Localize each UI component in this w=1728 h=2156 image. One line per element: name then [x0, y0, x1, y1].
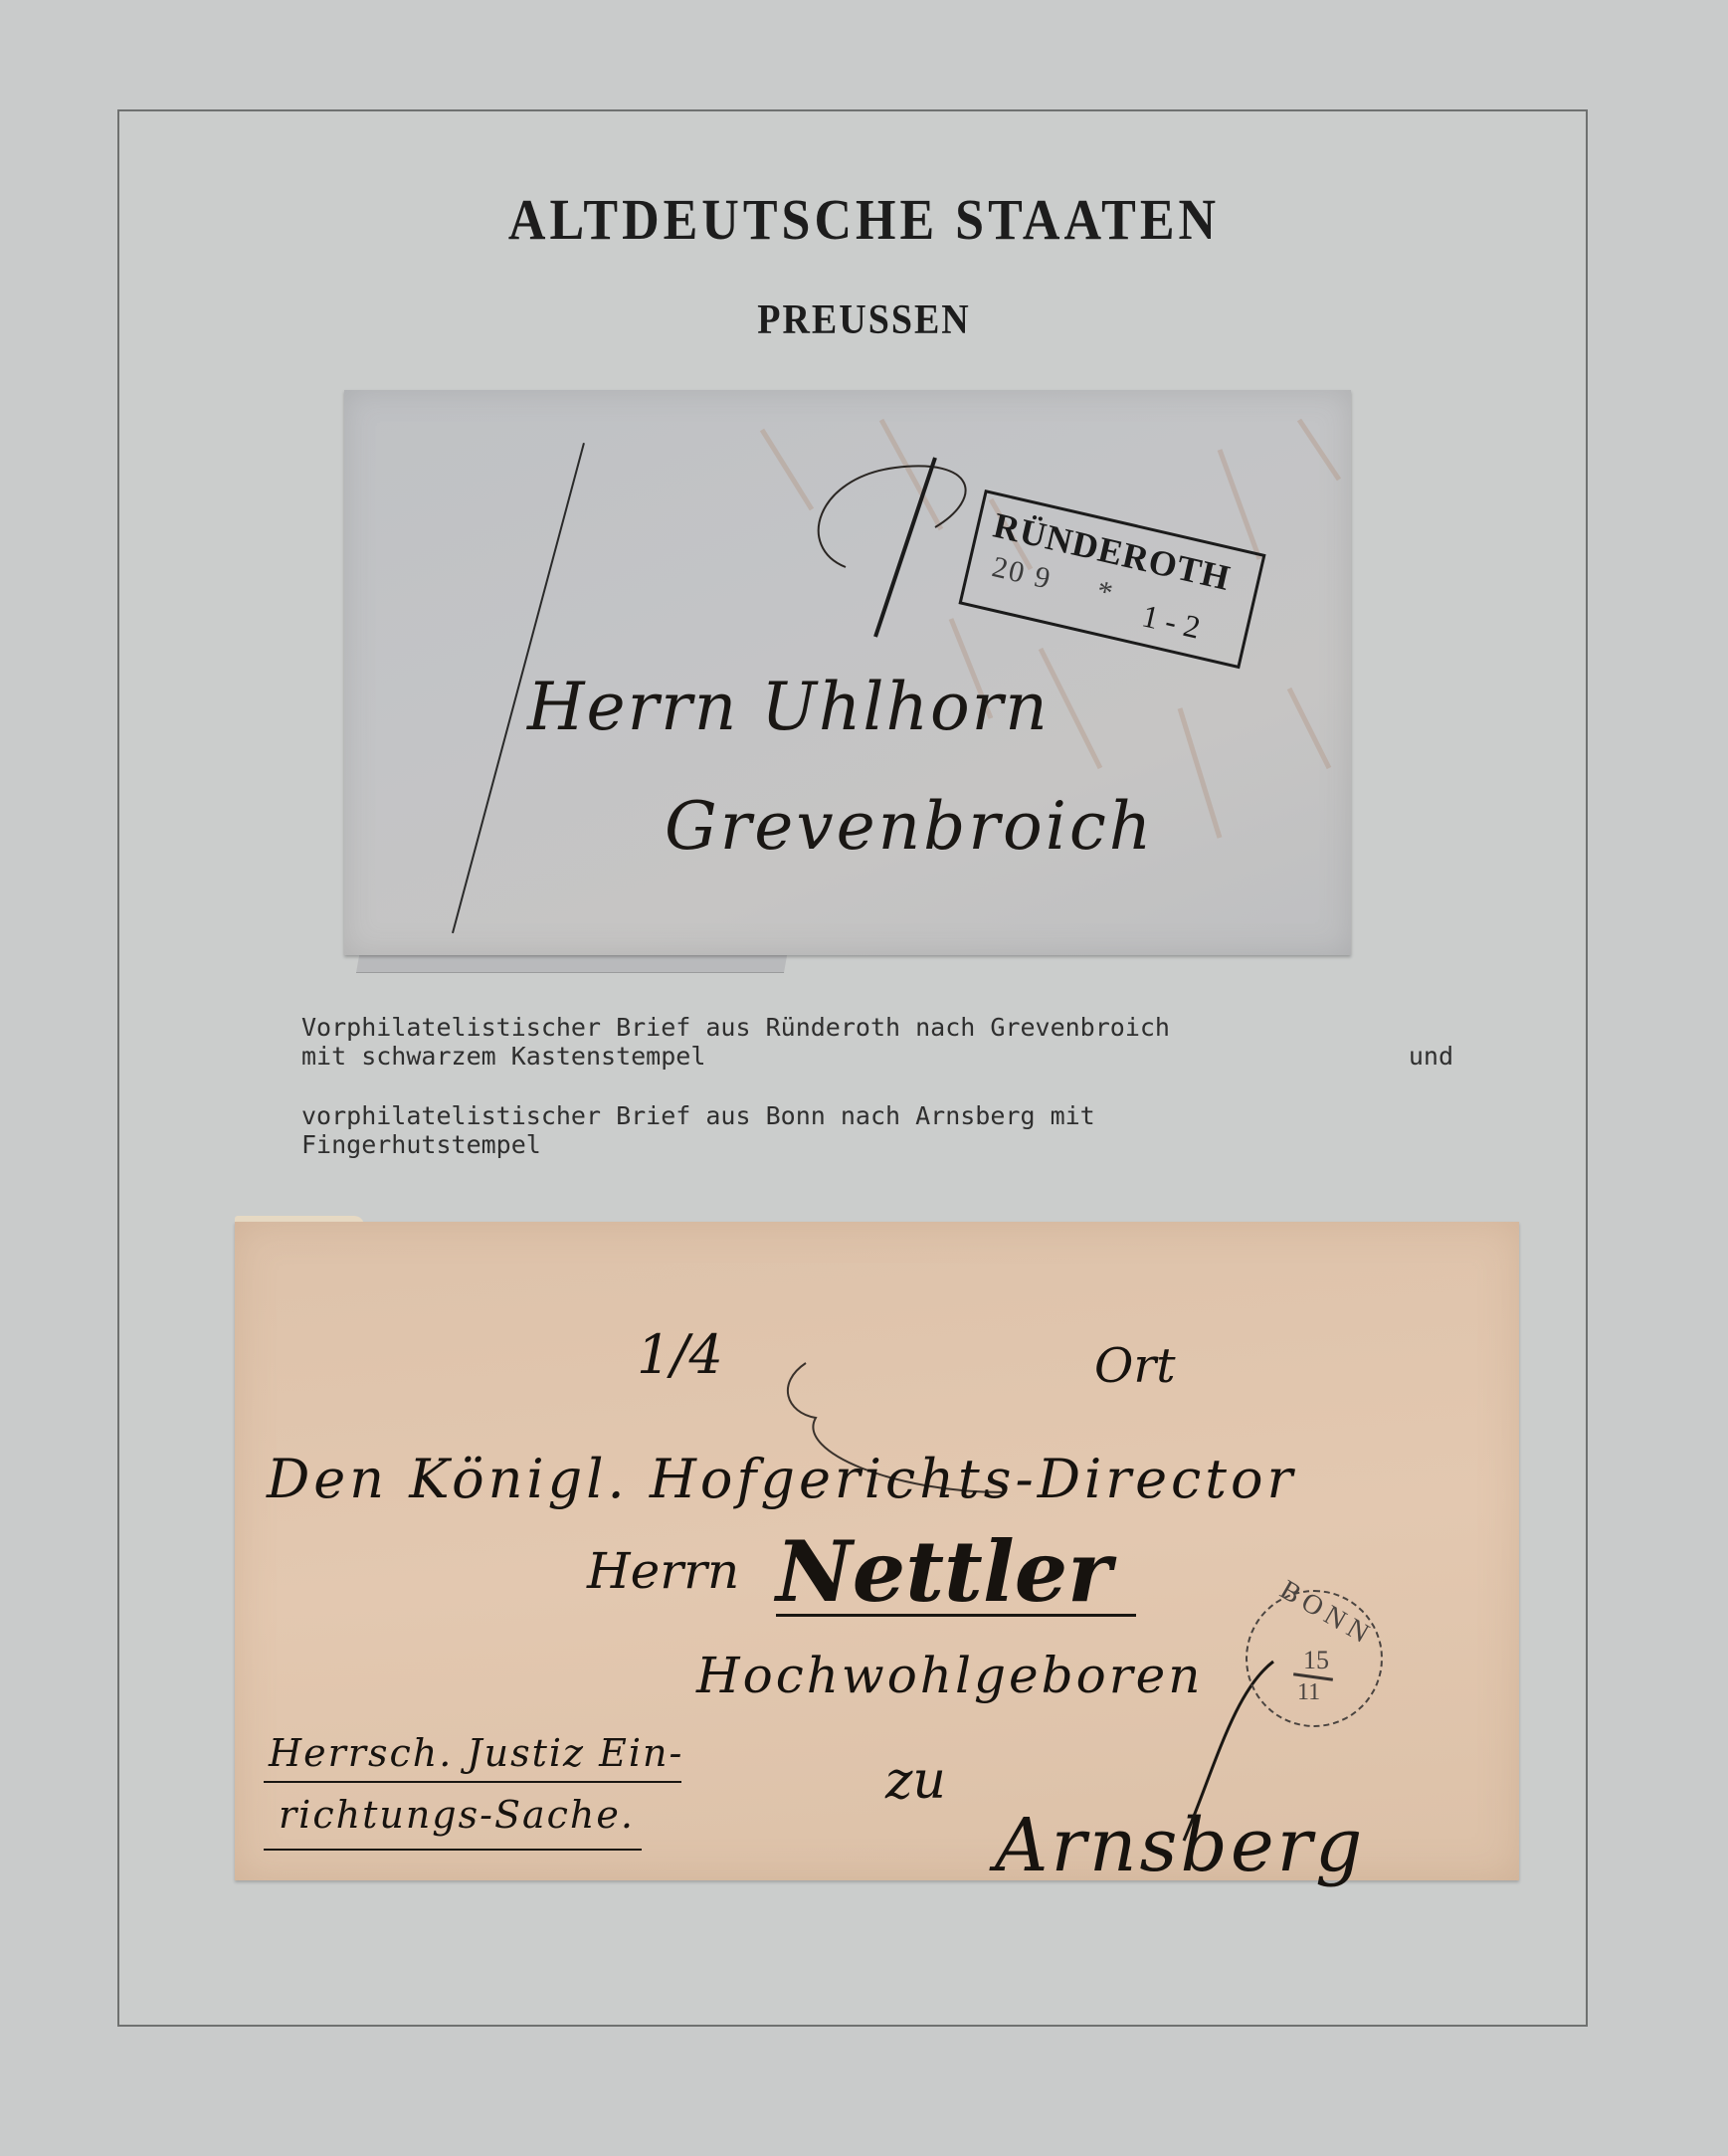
cover2-note-line1: Herrsch. Justiz Ein- [269, 1731, 683, 1775]
note-underline-2 [264, 1849, 642, 1851]
stamp-day: 15 [1303, 1646, 1329, 1675]
cover2-recipient-name: Nettler [776, 1522, 1111, 1621]
cover2-preposition: zu [885, 1751, 946, 1811]
cover1-address-line1: Herrn Uhlhorn [527, 669, 1050, 745]
caption: Vorphilatelistischer Brief aus Ründeroth… [301, 1013, 1453, 1159]
cover2-fee-marking: 1/4 [637, 1323, 723, 1386]
cover2-address-honorific: Hochwohlgeboren [696, 1647, 1203, 1704]
note-underline-1 [264, 1781, 681, 1783]
cover2-note-line2: richtungs-Sache. [279, 1793, 635, 1837]
caption-line3: vorphilatelistischer Brief aus Bonn nach… [301, 1101, 1453, 1130]
bonn-thimble-cancel: BONN 15 11 [1246, 1590, 1383, 1727]
cover2-origin-marking: Ort [1094, 1338, 1176, 1394]
recipient-underline [776, 1614, 1136, 1617]
page-subtitle: PREUSSEN [0, 296, 1728, 344]
page-title: ALTDEUTSCHE STAATEN [0, 187, 1728, 253]
caption-line1: Vorphilatelistischer Brief aus Ründeroth… [301, 1013, 1453, 1042]
stamp-time: 1 - 2 [1138, 597, 1203, 646]
cover2-address-line1: Den Königl. Hofgerichts-Director [267, 1448, 1296, 1510]
cover1-address-line2: Grevenbroich [665, 788, 1154, 865]
stamp-month: 11 [1297, 1679, 1320, 1706]
caption-line2-right: und [1409, 1042, 1453, 1071]
caption-line4: Fingerhutstempel [301, 1130, 1453, 1159]
cover2-salutation: Herrn [587, 1542, 739, 1600]
stamp-star: * [1093, 574, 1117, 611]
caption-line2: mit schwarzem Kastenstempel [301, 1042, 705, 1071]
